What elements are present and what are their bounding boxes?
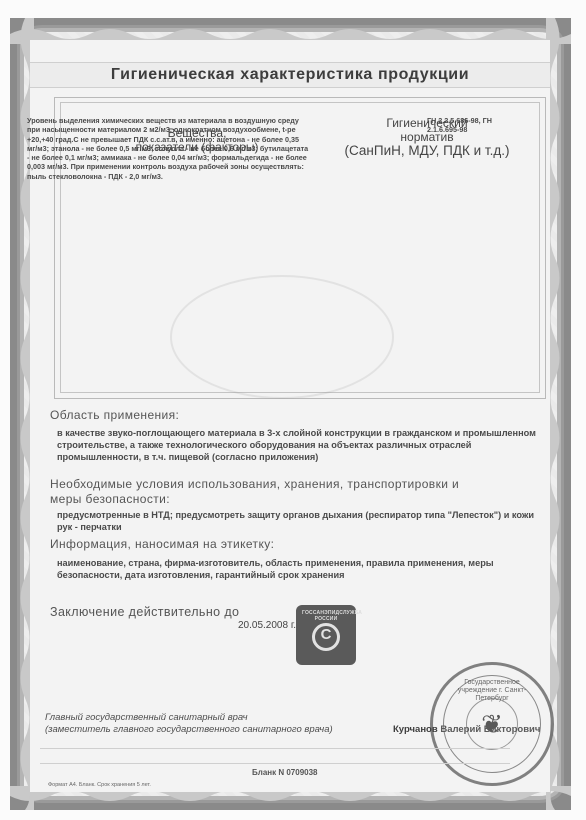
footer-rule-2	[40, 763, 510, 764]
norm-cell: ГН 2.2.5.686-98, ГН 2.1.6.695-98	[427, 116, 515, 135]
emblem-arc-text: ГОССАНЭПИДСЛУЖБА РОССИИ	[302, 610, 350, 622]
signatory-position: Главный государственный санитарный врач …	[45, 712, 333, 736]
application-area-value: в качестве звуко-поглощающего материала …	[57, 427, 547, 463]
footer-rule-1	[40, 748, 510, 749]
signer-given-names: Валерий Викторович	[438, 724, 541, 735]
watermark-stamp-icon	[170, 275, 394, 399]
validity-date: 20.05.2008 г.	[238, 620, 296, 631]
format-note: Формат А4. Бланк. Срок хранения 5 лет.	[48, 782, 151, 788]
validity-label: Заключение действительно до	[50, 605, 239, 619]
label-info-label: Информация, наносимая на этикетку:	[50, 537, 274, 551]
conditions-label: Необходимые условия использования, хране…	[50, 477, 470, 507]
norm-header-line3: (СанПиН, МДУ, ПДК и т.д.)	[327, 144, 527, 158]
factors-cell: Уровень выделения химических веществ из …	[27, 116, 310, 181]
application-area-label: Область применения:	[50, 408, 179, 422]
position-line2: (заместитель главного государственного с…	[45, 724, 333, 736]
emblem-letter: С	[296, 626, 356, 643]
label-info-value: наименование, страна, фирма-изготовитель…	[57, 557, 547, 581]
signer-surname: Курчанов	[393, 724, 438, 735]
conditions-value: предусмотренные в НТД; предусмотреть защ…	[57, 509, 547, 533]
signer-name: Курчанов Валерий Викторович	[393, 724, 540, 735]
blank-number: Бланк N 0709038	[252, 768, 317, 777]
document-title: Гигиеническая характеристика продукции	[30, 66, 550, 84]
certification-emblem-icon: ГОССАНЭПИДСЛУЖБА РОССИИ С	[296, 605, 356, 665]
seal-text: Государственное учреждение г. Санкт-Пете…	[453, 679, 531, 703]
position-line1: Главный государственный санитарный врач	[45, 712, 333, 724]
